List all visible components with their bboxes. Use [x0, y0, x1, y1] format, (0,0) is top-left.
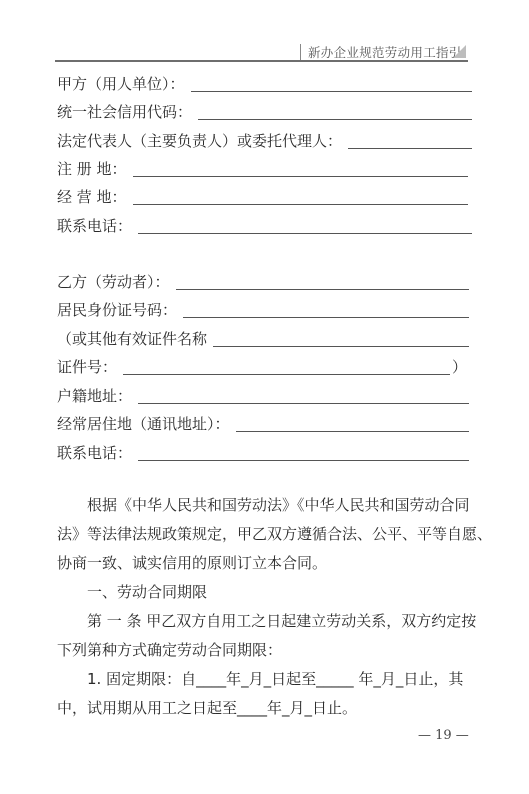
- business-address-field[interactable]: 经 营 地：: [57, 185, 468, 207]
- field-label: 甲方（用人单位）：: [57, 74, 185, 94]
- id-number-field[interactable]: 居民身份证号码：: [57, 298, 469, 320]
- fill-blank-line[interactable]: [123, 374, 450, 375]
- field-label: 统一社会信用代码：: [57, 102, 192, 122]
- section-heading: 一、劳动合同期限: [57, 578, 472, 607]
- field-label: 居民身份证号码：: [57, 300, 177, 320]
- article-line: 1. 固定期限：自____年_月_日起至_____ 年_月_日止，其: [57, 665, 472, 694]
- credit-code-field[interactable]: 统一社会信用代码：: [57, 100, 472, 122]
- employee-name-field[interactable]: 乙方（劳动者）：: [57, 270, 469, 292]
- employer-name-field[interactable]: 甲方（用人单位）：: [57, 72, 472, 94]
- fill-blank-line[interactable]: [198, 119, 472, 120]
- corner-triangle-icon: [453, 45, 466, 58]
- body-text: 根据《中华人民共和国劳动法》《中华人民共和国劳动合同 法》等法律法规政策规定，甲…: [57, 491, 472, 723]
- fill-blank-line[interactable]: [176, 289, 469, 290]
- employer-phone-field[interactable]: 联系电话：: [57, 214, 472, 236]
- article-line: 下列第种方式确定劳动合同期限：: [57, 636, 472, 665]
- field-label: 注 册 地：: [57, 159, 127, 179]
- closing-paren: ）: [452, 357, 467, 377]
- fill-blank-line[interactable]: [133, 204, 468, 205]
- body-line: 协商一致、诚实信用的原则订立本合同。: [57, 549, 472, 578]
- fill-blank-line[interactable]: [138, 460, 469, 461]
- other-id-number-field[interactable]: 证件号： ）: [57, 355, 467, 377]
- running-header-title: 新办企业规范劳动用工指引: [308, 43, 462, 61]
- registered-address-field[interactable]: 注 册 地：: [57, 157, 468, 179]
- fill-blank-line[interactable]: [133, 176, 468, 177]
- fill-blank-line[interactable]: [191, 91, 472, 92]
- field-label: 证件号：: [57, 357, 117, 377]
- fill-blank-line[interactable]: [348, 148, 472, 149]
- page-number: — 19 —: [418, 728, 469, 743]
- legal-representative-field[interactable]: 法定代表人（主要负责人）或委托代理人：: [57, 129, 472, 151]
- employee-phone-field[interactable]: 联系电话：: [57, 441, 469, 463]
- header-divider: [300, 44, 301, 60]
- field-label: 经 营 地：: [57, 187, 127, 207]
- field-label: 法定代表人（主要负责人）或委托代理人：: [57, 131, 342, 151]
- field-label: 联系电话：: [57, 216, 132, 236]
- article-line: 中，试用期从用工之日起至____年_月_日止。: [57, 694, 472, 723]
- fill-blank-line[interactable]: [138, 233, 472, 234]
- field-label: 联系电话：: [57, 443, 132, 463]
- fill-blank-line[interactable]: [183, 317, 469, 318]
- field-label: 乙方（劳动者）：: [57, 272, 170, 292]
- household-address-field[interactable]: 户籍地址：: [57, 384, 469, 406]
- fill-blank-line[interactable]: [138, 403, 469, 404]
- fill-blank-line[interactable]: [213, 346, 469, 347]
- fill-blank-line[interactable]: [236, 431, 469, 432]
- body-line: 法》等法律法规政策规定，甲乙双方遵循合法、公平、平等自愿、: [57, 520, 472, 549]
- field-label: 经常居住地（通讯地址）：: [57, 414, 230, 434]
- field-label: 户籍地址：: [57, 386, 132, 406]
- field-label: （或其他有效证件名称: [57, 329, 207, 349]
- other-id-name-field[interactable]: （或其他有效证件名称: [57, 327, 469, 349]
- body-line: 根据《中华人民共和国劳动法》《中华人民共和国劳动合同: [57, 491, 472, 520]
- article-line: 第 一 条 甲乙双方自用工之日起建立劳动关系，双方约定按: [57, 607, 472, 636]
- residence-address-field[interactable]: 经常居住地（通讯地址）：: [57, 412, 469, 434]
